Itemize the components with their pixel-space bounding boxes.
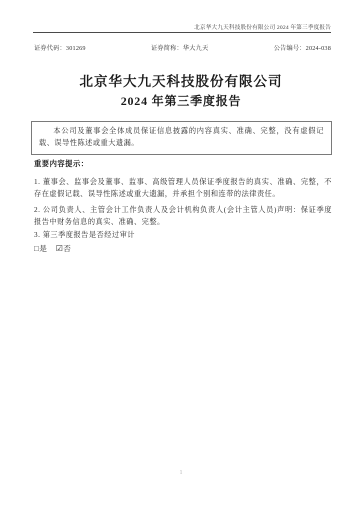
declaration-box: 本公司及董事会全体成员保证信息披露的内容真实、准确、完整，没有虚假记载、误导性陈… (31, 121, 332, 155)
header-divider (33, 32, 331, 33)
notice-item-1: 1. 董事会、监事会及董事、监事、高级管理人员保证季度报告的真实、准确、完整，不… (34, 176, 332, 200)
stock-short-name: 证券简称：华大九天 (151, 43, 209, 52)
audit-no-label: 否 (63, 244, 71, 253)
stock-code: 证券代码：301269 (34, 43, 86, 52)
important-notice-heading: 重要内容提示： (34, 159, 89, 169)
notice-item-2: 2. 公司负责人、主管会计工作负责人及会计机构负责人(会计主管人员)声明：保证季… (34, 204, 332, 228)
report-subtitle: 2024 年第三季度报告 (0, 92, 362, 109)
audit-yes-label: 是 (39, 244, 47, 253)
notice-item-3: 3. 第三季度报告是否经过审计 (34, 229, 332, 241)
company-title: 北京华大九天科技股份有限公司 (0, 70, 362, 90)
audit-answer-row: □是 ☑否 (34, 243, 77, 254)
report-page: 北京华大九天科技股份有限公司 2024 年第三季度报告 证券代码：301269 … (0, 0, 362, 512)
audit-option-yes: □是 (34, 244, 50, 253)
announcement-number: 公告编号：2024-038 (274, 43, 331, 52)
page-number: 1 (180, 470, 183, 476)
running-header: 北京华大九天科技股份有限公司 2024 年第三季度报告 (194, 23, 331, 31)
audit-option-no: ☑否 (56, 244, 72, 253)
securities-info-row: 证券代码：301269 证券简称：华大九天 公告编号：2024-038 (34, 43, 331, 52)
